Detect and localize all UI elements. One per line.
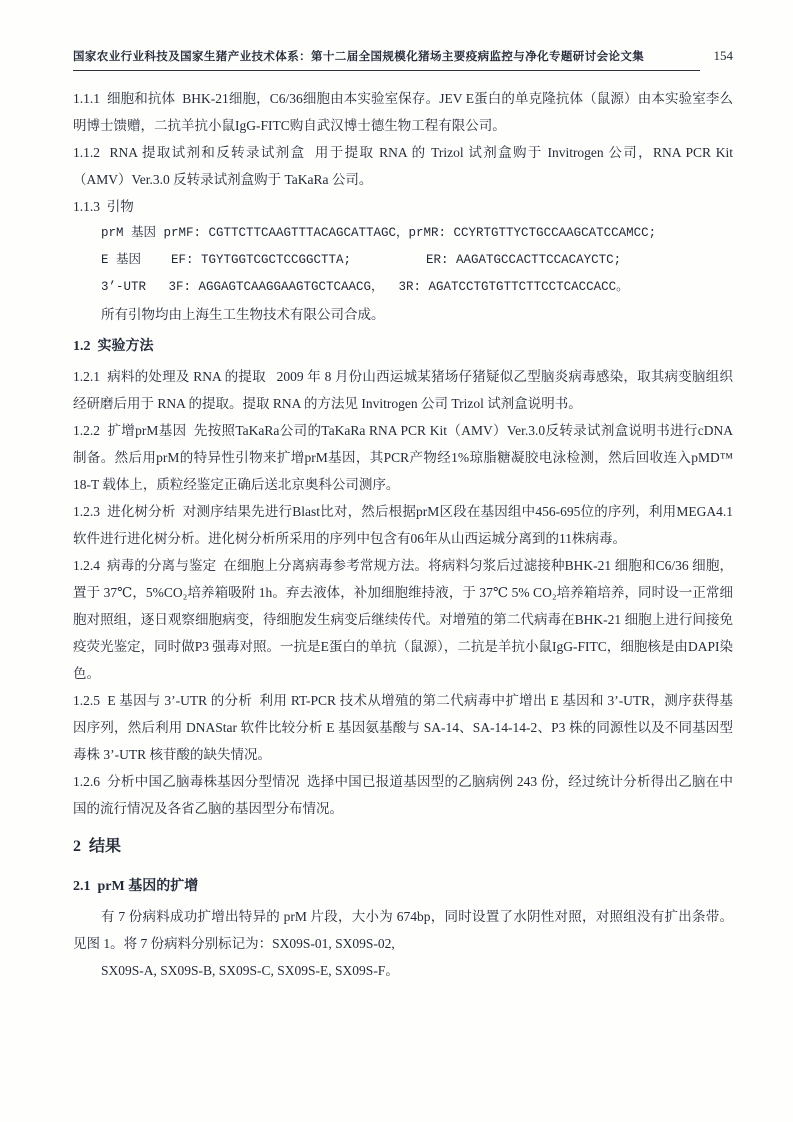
running-header-title: 国家农业行业科技及国家生猪产业技术体系：第十二届全国规模化猪场主要疫病监控与净化… (73, 48, 644, 64)
paragraph-1-2-5: 1.2.5 E 基因与 3’-UTR 的分析 利用 RT-PCR 技术从增殖的第… (73, 687, 733, 768)
paragraph-1-1-3-heading: 1.1.3 引物 (73, 193, 733, 220)
primer-synthesis-note: 所有引物均由上海生工生物技术有限公司合成。 (73, 301, 733, 328)
paragraph-1-1-1: 1.1.1 细胞和抗体 BHK-21细胞，C6/36细胞由本实验室保存。JEV … (73, 85, 733, 139)
paragraph-1-2-4: 1.2.4 病毒的分离与鉴定 在细胞上分离病毒参考常规方法。将病料匀浆后过滤接种… (73, 552, 733, 687)
paragraph-1-2-1: 1.2.1 病料的处理及 RNA 的提取 2009 年 8 月份山西运城某猪场仔… (73, 363, 733, 417)
header-rule (73, 70, 700, 71)
section-heading-2: 2 结果 (73, 833, 733, 860)
paragraph-1-1-2: 1.1.2 RNA 提取试剂和反转录试剂盒 用于提取 RNA 的 Trizol … (73, 139, 733, 193)
page-header: 国家农业行业科技及国家生猪产业技术体系：第十二届全国规模化猪场主要疫病监控与净化… (73, 48, 733, 71)
paragraph-1-2-6: 1.2.6 分析中国乙脑毒株基因分型情况 选择中国已报道基因型的乙脑病例 243… (73, 768, 733, 822)
paper-page: 国家农业行业科技及国家生猪产业技术体系：第十二届全国规模化猪场主要疫病监控与净化… (0, 0, 793, 1122)
section-heading-1-2: 1.2 实验方法 (73, 333, 733, 360)
running-header-row: 国家农业行业科技及国家生猪产业技术体系：第十二届全国规模化猪场主要疫病监控与净化… (73, 48, 733, 64)
page-body: 1.1.1 细胞和抗体 BHK-21细胞，C6/36细胞由本实验室保存。JEV … (73, 85, 733, 984)
primer-line-3utr: 3’-UTR 3F: AGGAGTCAAGGAAGTGCTCAACG， 3R: … (73, 274, 733, 301)
paragraph-1-2-3: 1.2.3 进化树分析 对测序结果先进行Blast比对，然后根据prM区段在基因… (73, 498, 733, 552)
paragraph-1-2-2: 1.2.2 扩增prM基因 先按照TaKaRa公司的TaKaRa RNA PCR… (73, 417, 733, 498)
section-heading-2-1: 2.1 prM 基因的扩增 (73, 873, 733, 900)
page-number: 154 (706, 48, 734, 64)
paragraph-2-1-sample-list: SX09S-A, SX09S-B, SX09S-C, SX09S-E, SX09… (73, 957, 733, 984)
primer-line-e: E 基因 EF: TGYTGGTCGCTCCGGCTTA; ER: AAGATG… (73, 247, 733, 274)
paragraph-2-1-text: 有 7 份病料成功扩增出特异的 prM 片段，大小为 674bp，同时设置了水阴… (73, 903, 733, 957)
primer-line-prm: prM 基因 prMF: CGTTCTTCAAGTTTACAGCATTAGC，p… (73, 220, 733, 247)
